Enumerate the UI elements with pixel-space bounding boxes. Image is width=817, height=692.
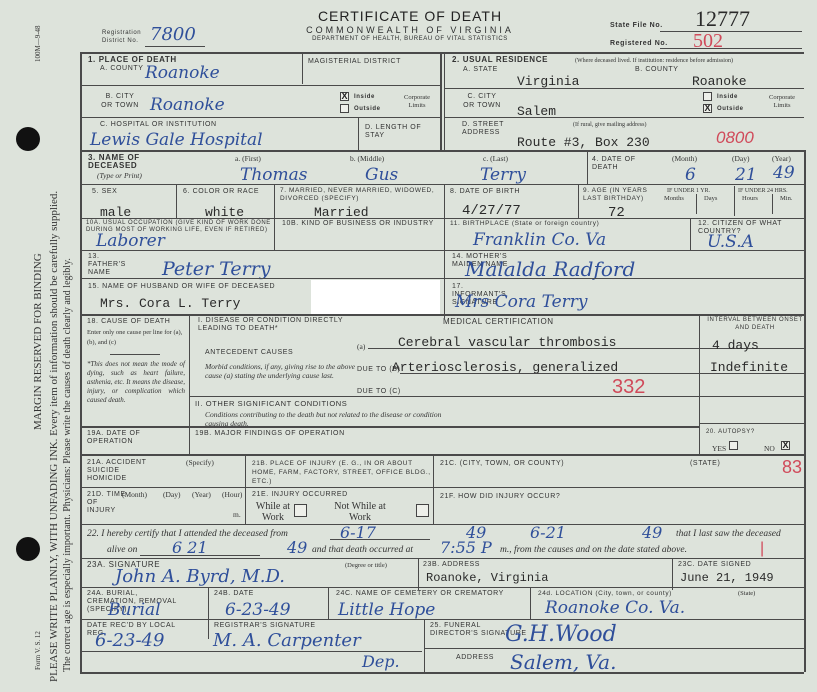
residence-state-label: a. STATE	[463, 66, 498, 74]
not-while-at-work-label: Not While at Work	[330, 501, 390, 523]
residence-outside-checkbox[interactable]: X	[703, 104, 712, 113]
burial-date: 6-23-49	[225, 600, 291, 620]
row-line	[444, 117, 804, 118]
accident-label: 21a. ACCIDENT SUICIDE HOMICIDE	[87, 459, 147, 483]
cause-instruction: Enter only one cause per line for (a), (…	[87, 328, 185, 348]
residence-inside-checkbox[interactable]	[703, 92, 712, 101]
cemetery-label: 24c. NAME OF CEMETERY OR CREMATORY	[336, 590, 504, 598]
county-label: a. COUNTY	[100, 65, 144, 73]
inside-label: Inside	[354, 93, 375, 101]
informant-signature: Mrs Cora Terry	[455, 292, 588, 312]
residence-outside-label: Outside	[717, 105, 744, 113]
row-line	[82, 218, 804, 219]
attended-to-year: 49	[642, 523, 662, 542]
other-conditions-label: II. OTHER SIGNIFICANT CONDITIONS	[195, 400, 347, 408]
col-divider	[672, 558, 673, 590]
autopsy-no-checkbox[interactable]: X	[781, 441, 790, 450]
center-divider	[440, 52, 442, 150]
center-divider-2	[444, 52, 445, 150]
registrar-signature: M. A. Carpenter	[213, 630, 361, 651]
row-line	[82, 250, 804, 251]
name-hint: (Type or Print)	[97, 172, 142, 180]
cause-footnote: *This does not mean the mode of dying, s…	[87, 360, 185, 405]
min-label: Min.	[780, 195, 792, 203]
residence-code: 0800	[716, 128, 754, 148]
interval-b: Indefinite	[710, 360, 788, 375]
morbid-note: Morbid conditions, if any, giving rise t…	[205, 362, 365, 380]
location-label: 24d. LOCATION (City, town, or county)	[538, 590, 672, 598]
form-number: Form V. S. 12	[34, 631, 42, 670]
date-of-death-label: 4. DATE OF DEATH	[592, 156, 642, 172]
marital-label: 7. MARRIED, NEVER MARRIED, WIDOWED, DIVO…	[280, 187, 440, 203]
not-while-at-work-checkbox[interactable]	[416, 504, 429, 517]
row-line	[424, 648, 804, 649]
registration-district-no: 7800	[150, 24, 196, 45]
row-line	[82, 278, 804, 279]
death-year: 49	[773, 163, 795, 183]
col-divider	[274, 184, 275, 250]
race-label: 6. COLOR OR RACE	[183, 188, 259, 196]
margin-instruction-2: The correct age is especially important.…	[62, 258, 73, 672]
time-m-label: m.	[233, 511, 241, 519]
registrar-title: Dep.	[362, 652, 400, 671]
operation-findings-label: 19b. MAJOR FINDINGS OF OPERATION	[195, 430, 345, 438]
cause-c-label: DUE TO (c)	[357, 388, 401, 396]
col-divider	[444, 184, 445, 318]
spouse-name: Mrs. Cora L. Terry	[100, 296, 240, 311]
row-line	[82, 619, 804, 620]
death-time: 7:55 P	[440, 538, 492, 557]
date-received: 6-23-49	[95, 630, 164, 651]
binding-hole-bottom	[16, 537, 40, 561]
residence-corporate-limits: Corporate Limits	[762, 94, 802, 110]
date-signed: June 21, 1949	[680, 571, 774, 585]
col-divider	[208, 587, 209, 619]
redacted-area	[311, 280, 440, 314]
autopsy-label: 20. AUTOPSY?	[706, 428, 755, 436]
length-stay-divider	[358, 117, 359, 150]
usual-residence-note: (Where deceased lived. If institution: r…	[575, 57, 733, 65]
alive-on: 6 21	[172, 538, 208, 557]
while-at-work-checkbox[interactable]	[294, 504, 307, 517]
hospital-name: Lewis Gale Hospital	[90, 130, 263, 150]
place-county: Roanoke	[145, 63, 220, 83]
page-subtitle: COMMONWEALTH OF VIRGINIA	[280, 25, 540, 35]
funeral-director-signature: G.H.Wood	[505, 622, 617, 647]
street-label: d. STREET ADDRESS	[462, 121, 522, 137]
certify-text-1: 22. I hereby certify that I attended the…	[87, 530, 288, 538]
state-file-no: 12777	[695, 6, 750, 32]
while-at-work-label: While at Work	[255, 501, 291, 523]
state-file-label: State File No.	[610, 22, 663, 30]
citizen: U.S.A	[707, 232, 754, 252]
name-deceased-label: 3. NAME OF DECEASED	[88, 154, 158, 170]
place-outside-checkbox[interactable]	[340, 104, 349, 113]
date-death-divider	[587, 150, 588, 184]
first-name-label: a. (First)	[235, 155, 261, 163]
col-divider	[530, 587, 531, 619]
margin-binding-text: MARGIN RESERVED FOR BINDING	[32, 253, 44, 430]
father-name: Peter Terry	[162, 258, 271, 280]
antecedent-label: ANTECEDENT CAUSES	[205, 349, 293, 357]
col-divider	[433, 454, 434, 524]
death-day-label: (Day)	[732, 155, 750, 163]
last-name-label: c. (Last)	[483, 155, 508, 163]
binding-hole-top	[16, 127, 40, 151]
row-line	[82, 454, 804, 456]
under-1yr-label: IF UNDER 1 YR.	[667, 187, 710, 195]
funeral-address: Salem, Va.	[510, 650, 616, 674]
registered-no: 502	[693, 30, 723, 53]
death-day: 21	[735, 165, 757, 185]
hospital-label: c. HOSPITAL OR INSTITUTION	[100, 121, 217, 129]
col-divider	[578, 184, 579, 218]
col-divider	[176, 184, 177, 218]
cause-label: 18. CAUSE OF DEATH	[87, 318, 170, 326]
cause-footnote-rule	[110, 354, 160, 355]
time-year-label: (Year)	[192, 491, 211, 499]
length-of-stay-label: d. LENGTH OF STAY	[365, 124, 435, 140]
middle-name-label: b. (Middle)	[350, 155, 384, 163]
date-of-birth: 4/27/77	[462, 203, 521, 219]
time-day-label: (Day)	[163, 491, 181, 499]
frame-right	[804, 150, 806, 672]
col-divider	[328, 587, 329, 619]
physician-signature: John A. Byrd, M.D.	[115, 566, 285, 587]
interval-divider	[699, 314, 700, 454]
medical-certification-label: MEDICAL CERTIFICATION	[443, 318, 554, 326]
months-label: Months	[664, 195, 684, 203]
certificate-header: CERTIFICATE OF DEATH COMMONWEALTH OF VIR…	[280, 8, 540, 42]
col-divider	[245, 454, 246, 524]
col-divider	[418, 558, 419, 590]
alive-year: 49	[287, 538, 307, 557]
residence-city-label: c. CITY OR TOWN	[462, 92, 502, 110]
burial-date-label: 24b. DATE	[214, 590, 254, 598]
residence-inside-label: Inside	[717, 93, 738, 101]
row-line	[82, 85, 440, 86]
col-divider	[208, 619, 209, 639]
outside-label: Outside	[354, 105, 381, 113]
injury-occurred-label: 21e. INJURY OCCURRED	[252, 491, 348, 499]
birthplace-label: 11. BIRTHPLACE (State or foreign country…	[450, 220, 599, 228]
physician-address-label: 23b. ADDRESS	[423, 561, 480, 569]
autopsy-no-label: NO	[764, 445, 775, 453]
residence-state: Virginia	[517, 74, 579, 89]
injury-city-label: 21c. (CITY, TOWN, OR COUNTY)	[440, 460, 564, 468]
first-name: Thomas	[240, 165, 308, 185]
frame-top	[80, 52, 804, 54]
row-line	[699, 423, 804, 424]
street-note: (If rural, give mailing address)	[573, 121, 646, 129]
death-occurred-label: and that death occurred at	[312, 546, 413, 554]
certify-text-3: m., from the causes and on the date stat…	[500, 546, 687, 554]
row-line	[82, 150, 804, 152]
row-line	[189, 396, 400, 397]
death-certificate: 100M—9-48 MARGIN RESERVED FOR BINDING PL…	[0, 0, 817, 692]
attended-from: 6-17	[340, 523, 376, 542]
usual-residence-label: 2. USUAL RESIDENCE	[452, 56, 548, 64]
place-inside-checkbox[interactable]: X	[340, 92, 349, 101]
row-line	[82, 558, 804, 559]
residence-county-label: b. COUNTY	[635, 66, 679, 74]
certify-text-2: that I last saw the deceased	[676, 530, 781, 538]
alive-on-label: alive on	[107, 546, 137, 554]
death-month: 6	[685, 165, 696, 185]
last-name: Terry	[480, 165, 526, 185]
degree-label: (Degree or title)	[345, 562, 387, 570]
date-signed-label: 23c. DATE SIGNED	[678, 561, 751, 569]
row-line	[82, 426, 699, 428]
time-injury-label: 21d. TIME OF INJURY	[87, 491, 127, 515]
occupation: Laborer	[96, 231, 165, 251]
place-city: Roanoke	[150, 95, 225, 115]
row-line	[82, 314, 804, 316]
col-divider	[734, 186, 735, 216]
burial-location: Roanoke Co. Va.	[545, 598, 685, 618]
state-file-underline	[660, 31, 802, 32]
how-injury-label: 21f. HOW DID INJURY OCCUR?	[440, 493, 560, 501]
magisterial-divider	[302, 54, 303, 84]
age-label: 9. AGE (In years last birthday)	[583, 187, 653, 203]
injury-state-label: (STATE)	[690, 460, 720, 468]
page-title: CERTIFICATE OF DEATH	[280, 8, 540, 24]
autopsy-yes-checkbox[interactable]	[729, 441, 738, 450]
sex-label: 5. SEX	[92, 188, 117, 196]
col-divider	[696, 194, 697, 214]
margin-instruction-1: PLEASE WRITE PLAINLY, WITH UNFADING INK.…	[48, 191, 60, 682]
row-line	[82, 117, 440, 118]
department-name: DEPARTMENT OF HEALTH, BUREAU OF VITAL ST…	[280, 36, 540, 42]
physician-address: Roanoke, Virginia	[426, 571, 548, 585]
street-address: Route #3, Box 230	[517, 135, 650, 150]
under-24hrs-label: IF UNDER 24 HRS.	[738, 187, 788, 195]
burial-type: Burial	[108, 600, 161, 620]
days-label: Days	[704, 195, 717, 203]
certify-tick: |	[760, 540, 764, 558]
operation-date-label: 19a. DATE OF OPERATION	[87, 430, 177, 446]
autopsy-yes-label: YES	[712, 445, 726, 453]
middle-name: Gus	[365, 165, 398, 185]
interval-a: 4 days	[712, 338, 759, 353]
death-month-label: (Month)	[672, 155, 697, 163]
frame-bottom	[80, 672, 804, 674]
disease-label: I. DISEASE OR CONDITION DIRECTLY LEADING…	[198, 317, 358, 333]
col-divider	[424, 619, 425, 672]
cemetery-name: Little Hope	[338, 600, 435, 620]
col-divider	[772, 194, 773, 214]
col-divider	[690, 218, 691, 250]
row-line	[82, 524, 804, 525]
father-label: 13. FATHER'S NAME	[88, 253, 128, 277]
cause-left-divider	[189, 314, 190, 454]
frame-left	[80, 52, 82, 672]
business-label: 10b. KIND OF BUSINESS OR INDUSTRY	[282, 220, 442, 228]
birthplace: Franklin Co. Va	[473, 230, 606, 250]
registration-underline	[145, 46, 205, 47]
place-injury-label: 21b. PLACE OF INJURY (e. g., in or about…	[252, 459, 432, 486]
death-year-label: (Year)	[772, 155, 791, 163]
registrar-label: REGISTRAR'S SIGNATURE	[214, 622, 316, 630]
location-state-label: (State)	[738, 590, 755, 598]
cause-c-line	[400, 396, 804, 397]
residence-county: Roanoke	[692, 74, 747, 89]
time-hour-label: (Hour)	[222, 491, 242, 499]
registered-label: Registered No.	[610, 40, 668, 48]
corporate-limits-label: Corporate Limits	[398, 94, 436, 110]
attended-to: 6-21	[530, 523, 566, 542]
row-line	[82, 184, 804, 185]
form-code: 100M—9-48	[34, 25, 42, 62]
magisterial-label: MAGISTERIAL DISTRICT	[308, 58, 401, 66]
time-month-label: (Month)	[122, 491, 147, 499]
dob-label: 8. DATE OF BIRTH	[450, 188, 520, 196]
funeral-address-label: ADDRESS	[456, 654, 494, 662]
row-line	[82, 587, 804, 588]
registration-label: Registration District No.	[102, 29, 142, 45]
row-line	[444, 88, 804, 89]
injury-code: 83	[782, 457, 802, 478]
spouse-label: 15. NAME OF HUSBAND OR WIFE OF DECEASED	[88, 283, 275, 291]
hours-label: Hours	[742, 195, 758, 203]
interval-label: INTERVAL BETWEEN ONSET AND DEATH	[705, 316, 805, 332]
cause-a-label: (a)	[357, 343, 365, 351]
row-line	[82, 487, 804, 488]
registered-underline	[660, 48, 802, 49]
accident-specify: (Specify)	[186, 459, 214, 467]
city-label: b. CITY OR TOWN	[100, 92, 140, 110]
